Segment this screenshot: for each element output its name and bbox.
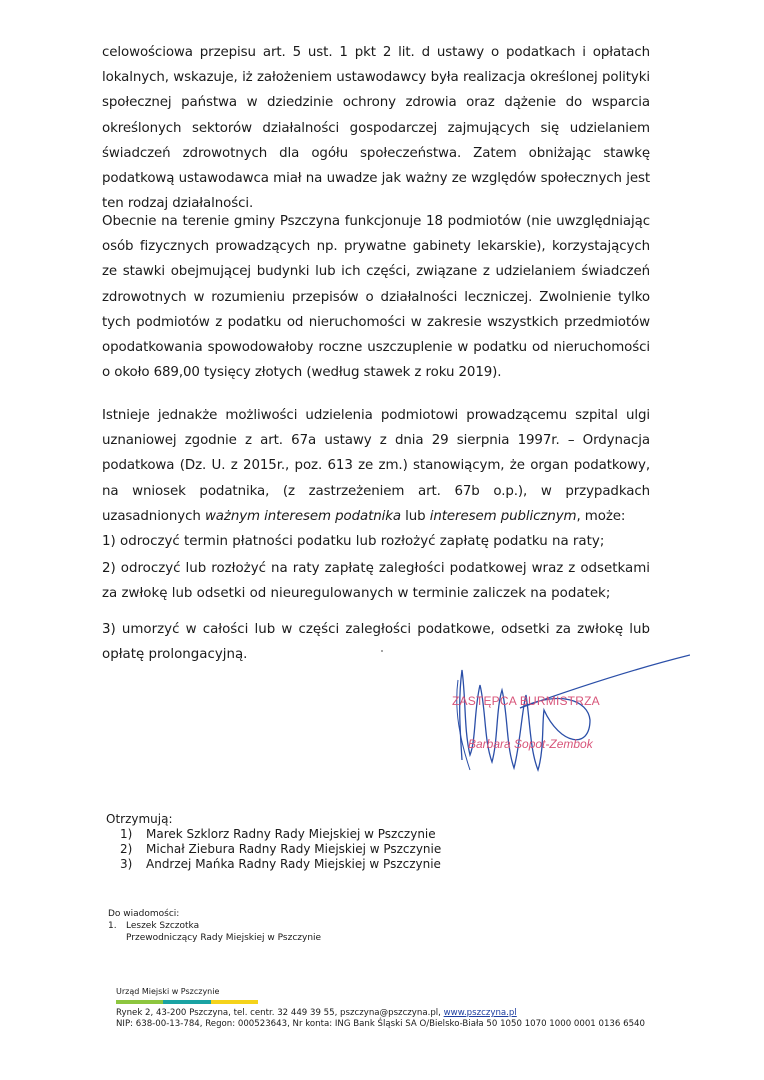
item-number: 1) <box>120 827 146 842</box>
recipient-name: Andrzej Mańka Radny Rady Miejskiej w Psz… <box>146 857 441 872</box>
fyi-heading: Do wiadomości: <box>108 908 321 920</box>
italic-phrase: interesem publicznym <box>430 509 577 524</box>
address-text: Rynek 2, 43-200 Pszczyna, tel. centr. 32… <box>116 1008 444 1018</box>
stamp-name: Barbara Sopot-Zembok <box>468 737 593 751</box>
bank-line: NIP: 638-00-13-784, Regon: 000523643, Nr… <box>116 1019 645 1030</box>
paragraph-text: Obecnie na terenie gminy Pszczyna funkcj… <box>102 209 650 385</box>
paragraph-entities: Obecnie na terenie gminy Pszczyna funkcj… <box>102 209 650 385</box>
fyi-role: Przewodniczący Rady Miejskiej w Pszczyni… <box>126 932 321 944</box>
stamp-title: ZASTĘPCA BURMISTRZA <box>452 694 600 708</box>
list-item: 1. Leszek Szczotka Przewodniczący Rady M… <box>108 920 321 944</box>
list-item: 1) odroczyć termin płatności podatku lub… <box>102 529 650 554</box>
item-number: 1. <box>108 920 126 944</box>
paragraph-rationale: celowościowa przepisu art. 5 ust. 1 pkt … <box>102 40 650 216</box>
recipients-section: Otrzymują: 1)Marek Szklorz Radny Rady Mi… <box>106 812 441 872</box>
item-number: 2) <box>120 842 146 857</box>
paragraph-end: , może: <box>576 509 625 524</box>
paragraph-relief: Istnieje jednakże możliwości udzielenia … <box>102 403 650 529</box>
speck <box>381 650 383 652</box>
fyi-section: Do wiadomości: 1. Leszek Szczotka Przewo… <box>108 908 321 944</box>
paragraph-intro: Istnieje jednakże możliwości udzielenia … <box>102 408 650 524</box>
handwritten-signature-icon <box>440 650 690 780</box>
list-item: 2) odroczyć lub rozłożyć na raty zapłatę… <box>102 556 650 606</box>
recipients-heading: Otrzymują: <box>106 812 441 827</box>
recipient-name: Michał Ziebura Radny Rady Miejskiej w Ps… <box>146 842 441 857</box>
recipient-name: Marek Szklorz Radny Rady Miejskiej w Psz… <box>146 827 436 842</box>
color-bar <box>116 1000 258 1004</box>
org-name: Urząd Miejski w Pszczynie <box>116 986 645 997</box>
list-item: 3)Andrzej Mańka Radny Rady Miejskiej w P… <box>120 857 441 872</box>
bar-green <box>116 1000 163 1004</box>
paragraph-text: celowościowa przepisu art. 5 ust. 1 pkt … <box>102 40 650 216</box>
website-link[interactable]: www.pszczyna.pl <box>444 1008 517 1018</box>
paragraph-text: Istnieje jednakże możliwości udzielenia … <box>102 403 650 529</box>
list-item: 1)Marek Szklorz Radny Rady Miejskiej w P… <box>120 827 441 842</box>
recipients-list: 1)Marek Szklorz Radny Rady Miejskiej w P… <box>120 827 441 872</box>
bar-yellow <box>211 1000 258 1004</box>
list-item: 2)Michał Ziebura Radny Rady Miejskiej w … <box>120 842 441 857</box>
fyi-name: Leszek Szczotka <box>126 920 321 932</box>
connector: lub <box>401 509 430 524</box>
address-line: Rynek 2, 43-200 Pszczyna, tel. centr. 32… <box>116 1008 645 1019</box>
document-page: celowościowa przepisu art. 5 ust. 1 pkt … <box>0 0 764 1080</box>
italic-phrase: ważnym interesem podatnika <box>205 509 401 524</box>
bar-teal <box>163 1000 210 1004</box>
item-number: 3) <box>120 857 146 872</box>
letterhead-footer: Urząd Miejski w Pszczynie Rynek 2, 43-20… <box>116 986 645 1030</box>
